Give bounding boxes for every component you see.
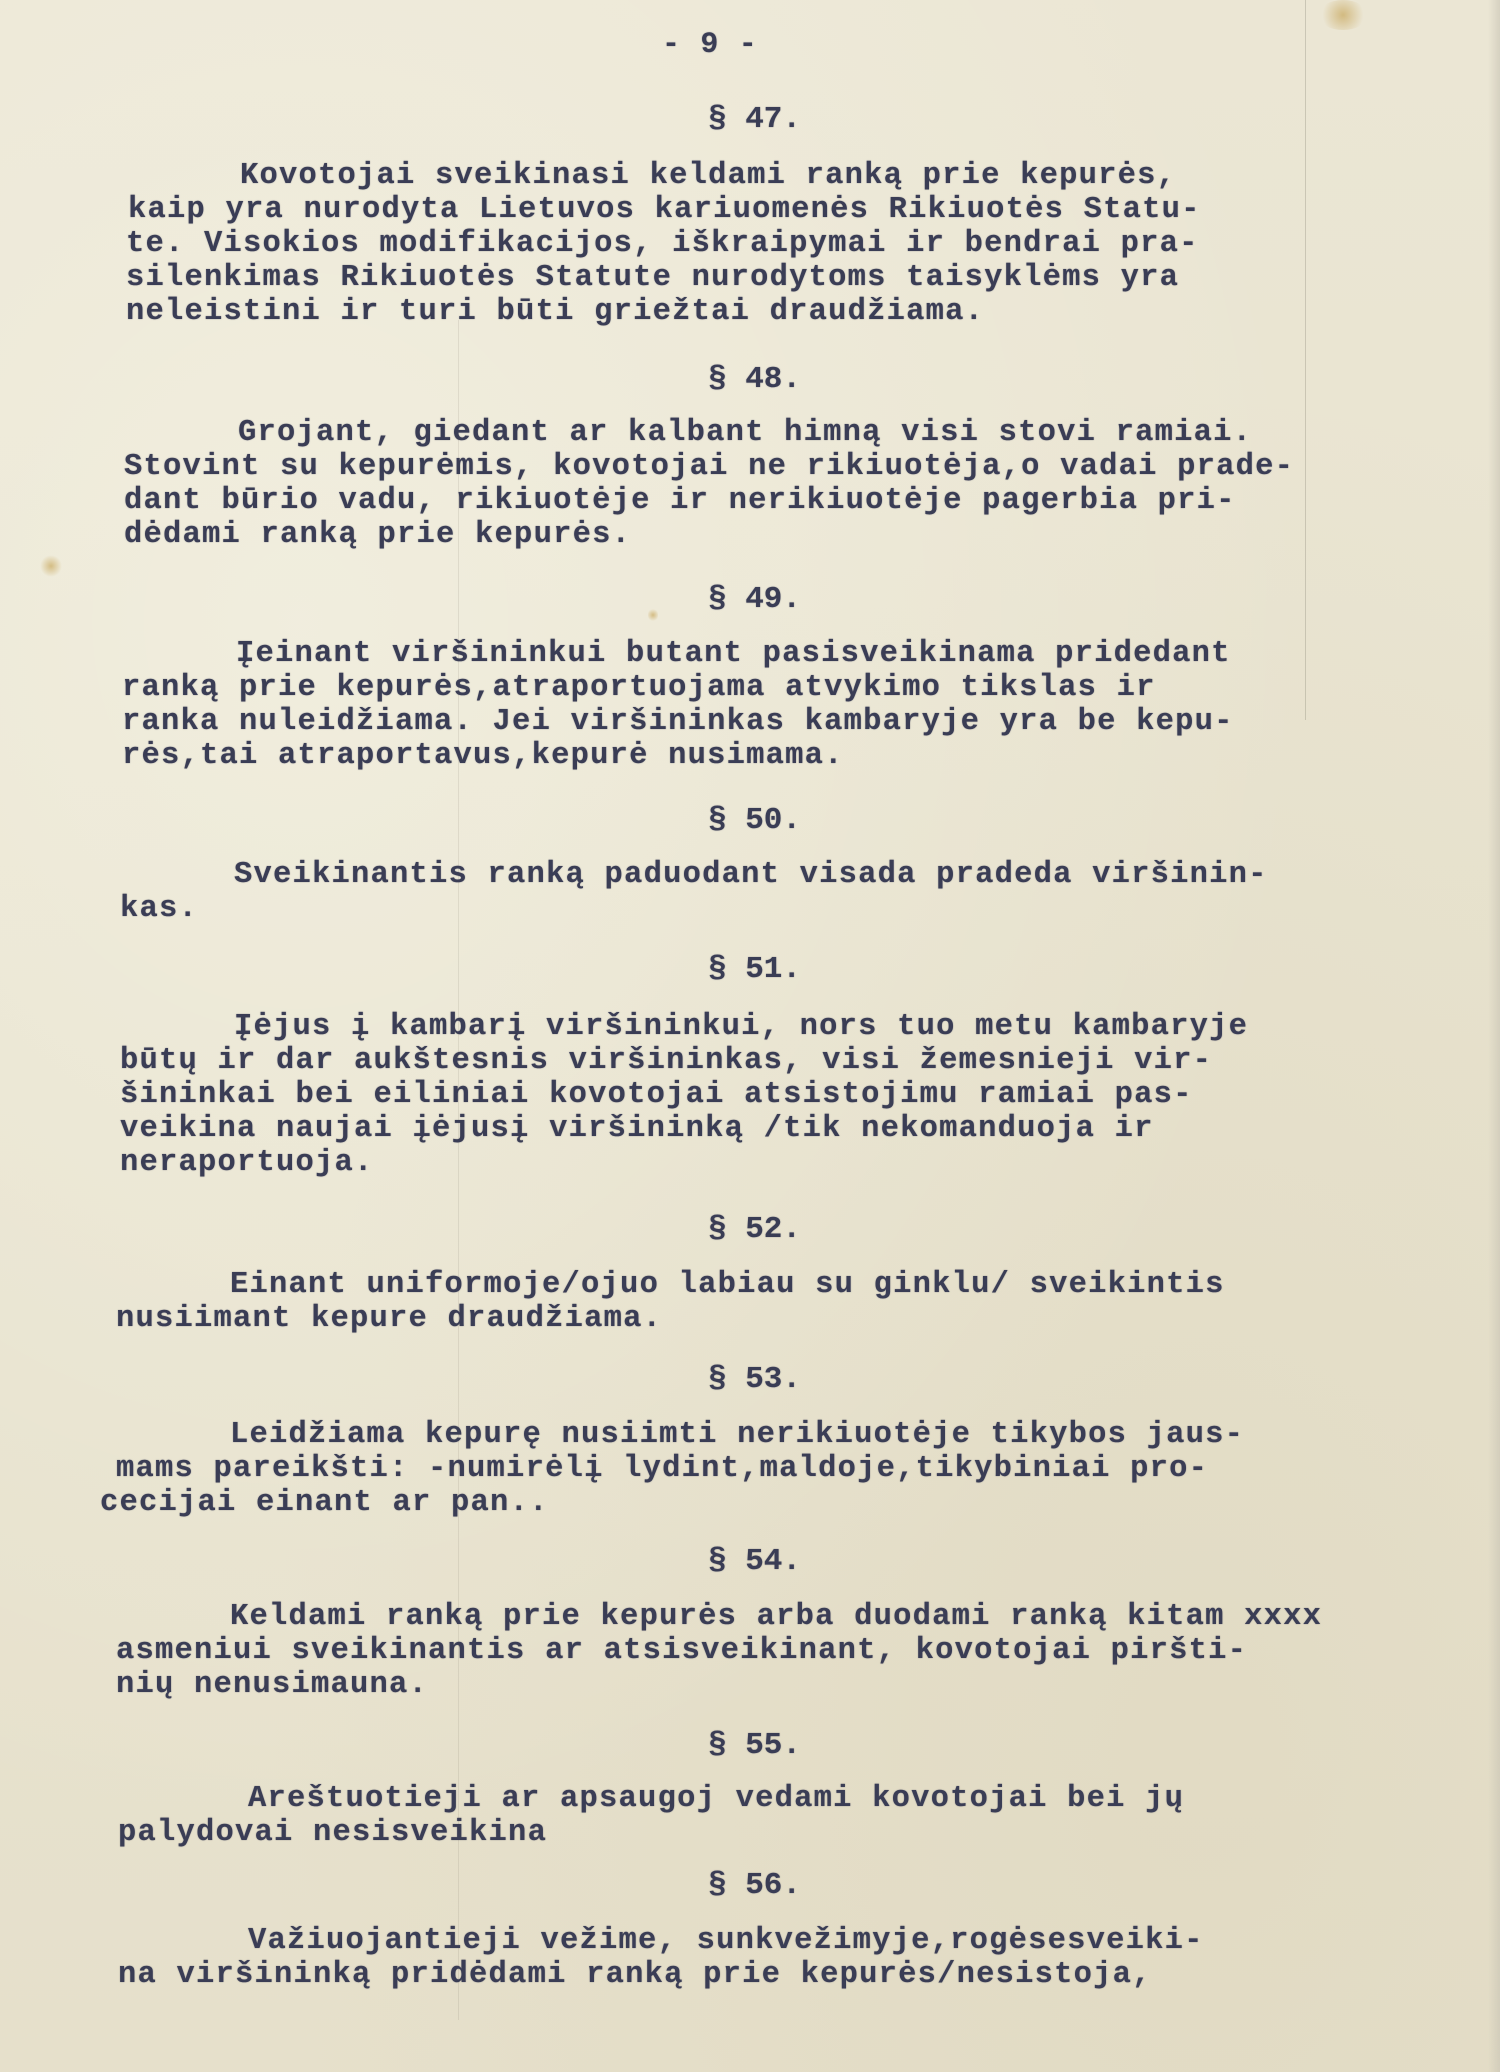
- paper-stain: [1318, 0, 1368, 30]
- section-50-line-1: Sveikinantis ranką paduodant visada prad…: [234, 858, 1268, 892]
- section-47-line-2: kaip yra nurodyta Lietuvos kariuomenės R…: [128, 193, 1201, 227]
- section-heading-49: § 49.: [708, 582, 801, 617]
- section-51-line-4: veikina naujai įėjusį viršininką /tik ne…: [120, 1112, 1154, 1146]
- section-heading-48: § 48.: [708, 362, 801, 397]
- section-47-line-3: te. Visokios modifikacijos, iškraipymai …: [126, 227, 1199, 261]
- section-47-line-4: silenkimas Rikiuotės Statute nurodytoms …: [126, 261, 1179, 295]
- section-55-line-2: palydovai nesisveikina: [118, 1816, 547, 1850]
- section-47-line-1: Kovotojai sveikinasi keldami ranką prie …: [240, 159, 1176, 193]
- section-heading-51: § 51.: [708, 952, 801, 987]
- section-51-line-3: šininkai bei eiliniai kovotojai atsistoj…: [120, 1078, 1193, 1112]
- section-53-line-2: mams pareikšti: -numirėlį lydint,maldoje…: [116, 1452, 1208, 1486]
- section-54-line-3: nių nenusimauna.: [116, 1668, 428, 1702]
- section-48-line-2: Stovint su kepurėmis, kovotojai ne rikiu…: [124, 450, 1294, 484]
- section-56-line-1: Važiuojantieji vežime, sunkvežimyje,rogė…: [248, 1924, 1204, 1958]
- section-55-line-1: Areštuotieji ar apsaugoj vedami kovotoja…: [248, 1782, 1184, 1816]
- section-47-line-5: neleistini ir turi būti griežtai draudži…: [126, 295, 984, 329]
- page-number: - 9 -: [662, 28, 758, 62]
- paper-fold-line: [458, 320, 459, 2020]
- paper-stain: [648, 608, 658, 622]
- section-49-line-1: Įeinant viršininkui butant pasisveikinam…: [236, 637, 1231, 671]
- section-53-line-1: Leidžiama kepurę nusiimti nerikiuotėje t…: [230, 1418, 1244, 1452]
- section-49-line-3: ranka nuleidžiama. Jei viršininkas kamba…: [122, 705, 1234, 739]
- section-48-line-3: dant būrio vadu, rikiuotėje ir nerikiuot…: [124, 484, 1236, 518]
- section-heading-56: § 56.: [708, 1868, 801, 1903]
- section-49-line-2: ranką prie kepurės,atraportuojama atvyki…: [122, 671, 1156, 705]
- section-48-line-4: dėdami ranką prie kepurės.: [124, 518, 631, 552]
- section-heading-47: § 47.: [708, 102, 801, 137]
- section-51-line-1: Įėjus į kambarį viršininkui, nors tuo me…: [234, 1010, 1248, 1044]
- section-51-line-2: būtų ir dar aukštesnis viršininkas, visi…: [120, 1044, 1212, 1078]
- paper-edge-shadow: [1488, 0, 1500, 2072]
- paper-stain: [40, 555, 62, 577]
- section-49-line-4: rės,tai atraportavus,kepurė nusimama.: [122, 739, 844, 773]
- section-heading-50: § 50.: [708, 803, 801, 838]
- section-heading-55: § 55.: [708, 1728, 801, 1763]
- section-53-line-3: cecijai einant ar pan..: [100, 1486, 549, 1520]
- section-52-line-1: Einant uniformoje/ojuo labiau su ginklu/…: [230, 1268, 1225, 1302]
- section-heading-54: § 54.: [708, 1544, 801, 1579]
- paper-fold-line: [1305, 0, 1306, 720]
- typewritten-document-page: - 9 - § 47. Kovotojai sveikinasi keldami…: [0, 0, 1500, 2072]
- section-48-line-1: Grojant, giedant ar kalbant himną visi s…: [238, 416, 1252, 450]
- section-50-line-2: kas.: [120, 892, 198, 926]
- section-51-line-5: neraportuoja.: [120, 1146, 374, 1180]
- section-56-line-2: na viršininką pridėdami ranką prie kepur…: [118, 1958, 1152, 1992]
- section-54-line-2: asmeniui sveikinantis ar atsisveikinant,…: [116, 1634, 1247, 1668]
- section-heading-53: § 53.: [708, 1362, 801, 1397]
- section-54-line-1: Keldami ranką prie kepurės arba duodami …: [230, 1600, 1322, 1634]
- section-52-line-2: nusiimant kepure draudžiama.: [116, 1302, 662, 1336]
- section-heading-52: § 52.: [708, 1212, 801, 1247]
